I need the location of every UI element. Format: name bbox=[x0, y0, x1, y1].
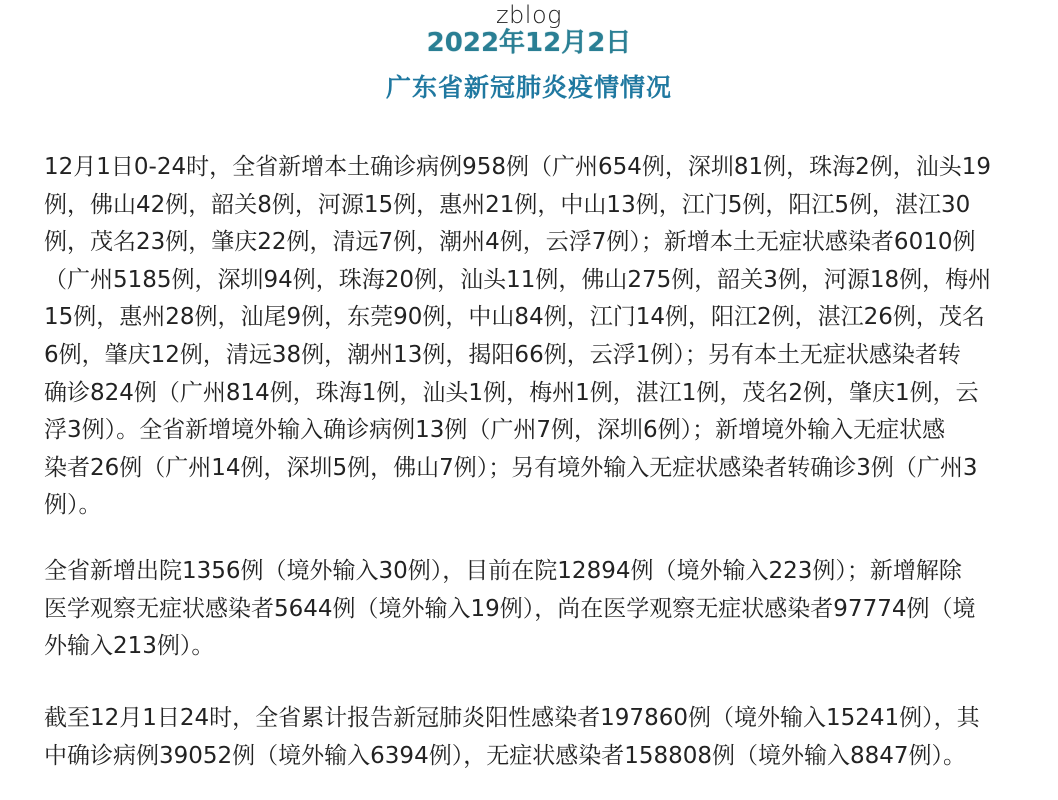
text-line: 例）。 bbox=[44, 487, 1034, 525]
date-title: 2022年12月2日 bbox=[0, 27, 1058, 59]
text-line: 全省新增出院1356例（境外输入30例），目前在院12894例（境外输入223例… bbox=[44, 553, 1034, 591]
paragraph-cumulative-totals: 截至12月1日24时，全省累计报告新冠肺炎阳性感染者197860例（境外输入15… bbox=[44, 700, 1034, 775]
text-line: 中确诊病例39052例（境外输入6394例），无症状感染者158808例（境外输… bbox=[44, 738, 1034, 776]
text-line: 浮3例）。全省新增境外输入确诊病例13例（广州7例，深圳6例）；新增境外输入无症… bbox=[44, 412, 1034, 450]
watermark: zblog bbox=[0, 0, 1058, 30]
page-title: 广东省新冠肺炎疫情情况 bbox=[0, 72, 1058, 104]
text-line: （广州5185例，深圳94例，珠海20例，汕头11例，佛山275例，韶关3例，河… bbox=[44, 262, 1034, 300]
text-line: 染者26例（广州14例，深圳5例，佛山7例）；另有境外输入无症状感染者转确诊3例… bbox=[44, 450, 1034, 488]
text-line: 截至12月1日24时，全省累计报告新冠肺炎阳性感染者197860例（境外输入15… bbox=[44, 700, 1034, 738]
text-line: 例，茂名23例，肇庆22例，清远7例，潮州4例，云浮7例）；新增本土无症状感染者… bbox=[44, 224, 1034, 262]
paragraph-daily-new-cases: 12月1日0-24时，全省新增本土确诊病例958例（广州654例，深圳81例，珠… bbox=[44, 149, 1034, 525]
text-line: 外输入213例）。 bbox=[44, 628, 1034, 666]
text-line: 确诊824例（广州814例，珠海1例，汕头1例，梅州1例，湛江1例，茂名2例，肇… bbox=[44, 375, 1034, 413]
paragraph-hospital-status: 全省新增出院1356例（境外输入30例），目前在院12894例（境外输入223例… bbox=[44, 553, 1034, 666]
text-line: 医学观察无症状感染者5644例（境外输入19例），尚在医学观察无症状感染者977… bbox=[44, 591, 1034, 629]
text-line: 例，佛山42例，韶关8例，河源15例，惠州21例，中山13例，江门5例，阳江5例… bbox=[44, 187, 1034, 225]
text-line: 12月1日0-24时，全省新增本土确诊病例958例（广州654例，深圳81例，珠… bbox=[44, 149, 1034, 187]
text-line: 15例，惠州28例，汕尾9例，东莞90例，中山84例，江门14例，阳江2例，湛江… bbox=[44, 299, 1034, 337]
text-line: 6例，肇庆12例，清远38例，潮州13例，揭阳66例，云浮1例）；另有本土无症状… bbox=[44, 337, 1034, 375]
